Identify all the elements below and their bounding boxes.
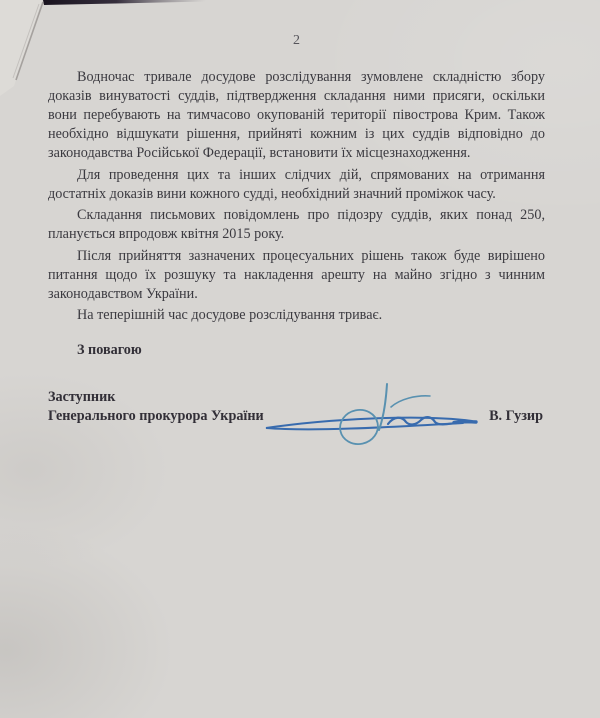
body-paragraph: Після прийняття зазначених процесуальних…: [48, 247, 545, 304]
body-paragraph: Водночас тривале досудове розслідування …: [48, 68, 545, 163]
signer-title-line2: Генерального прокурора України: [48, 408, 264, 424]
signer-name: В. Гузир: [489, 407, 545, 426]
closing-salutation: З повагою: [48, 341, 545, 360]
body-paragraph: Складання письмових повідомлень про підо…: [48, 206, 545, 244]
page-number: 2: [48, 33, 545, 49]
body-paragraph: На теперішній час досудове розслідування…: [48, 306, 545, 325]
body-paragraph: Для проведення цих та інших слідчих дій,…: [48, 166, 545, 204]
scanned-document-page: 2 Водночас тривале досудове розслідуванн…: [0, 0, 600, 718]
page-corner-background: [0, 0, 46, 96]
signature-row: Заступник Генерального прокурора України…: [48, 388, 545, 426]
signer-title: Заступник Генерального прокурора України: [48, 388, 264, 426]
signer-title-line1: Заступник: [48, 389, 115, 405]
scanner-edge-band: [43, 0, 206, 5]
document-body: Водночас тривале досудове розслідування …: [48, 68, 545, 426]
